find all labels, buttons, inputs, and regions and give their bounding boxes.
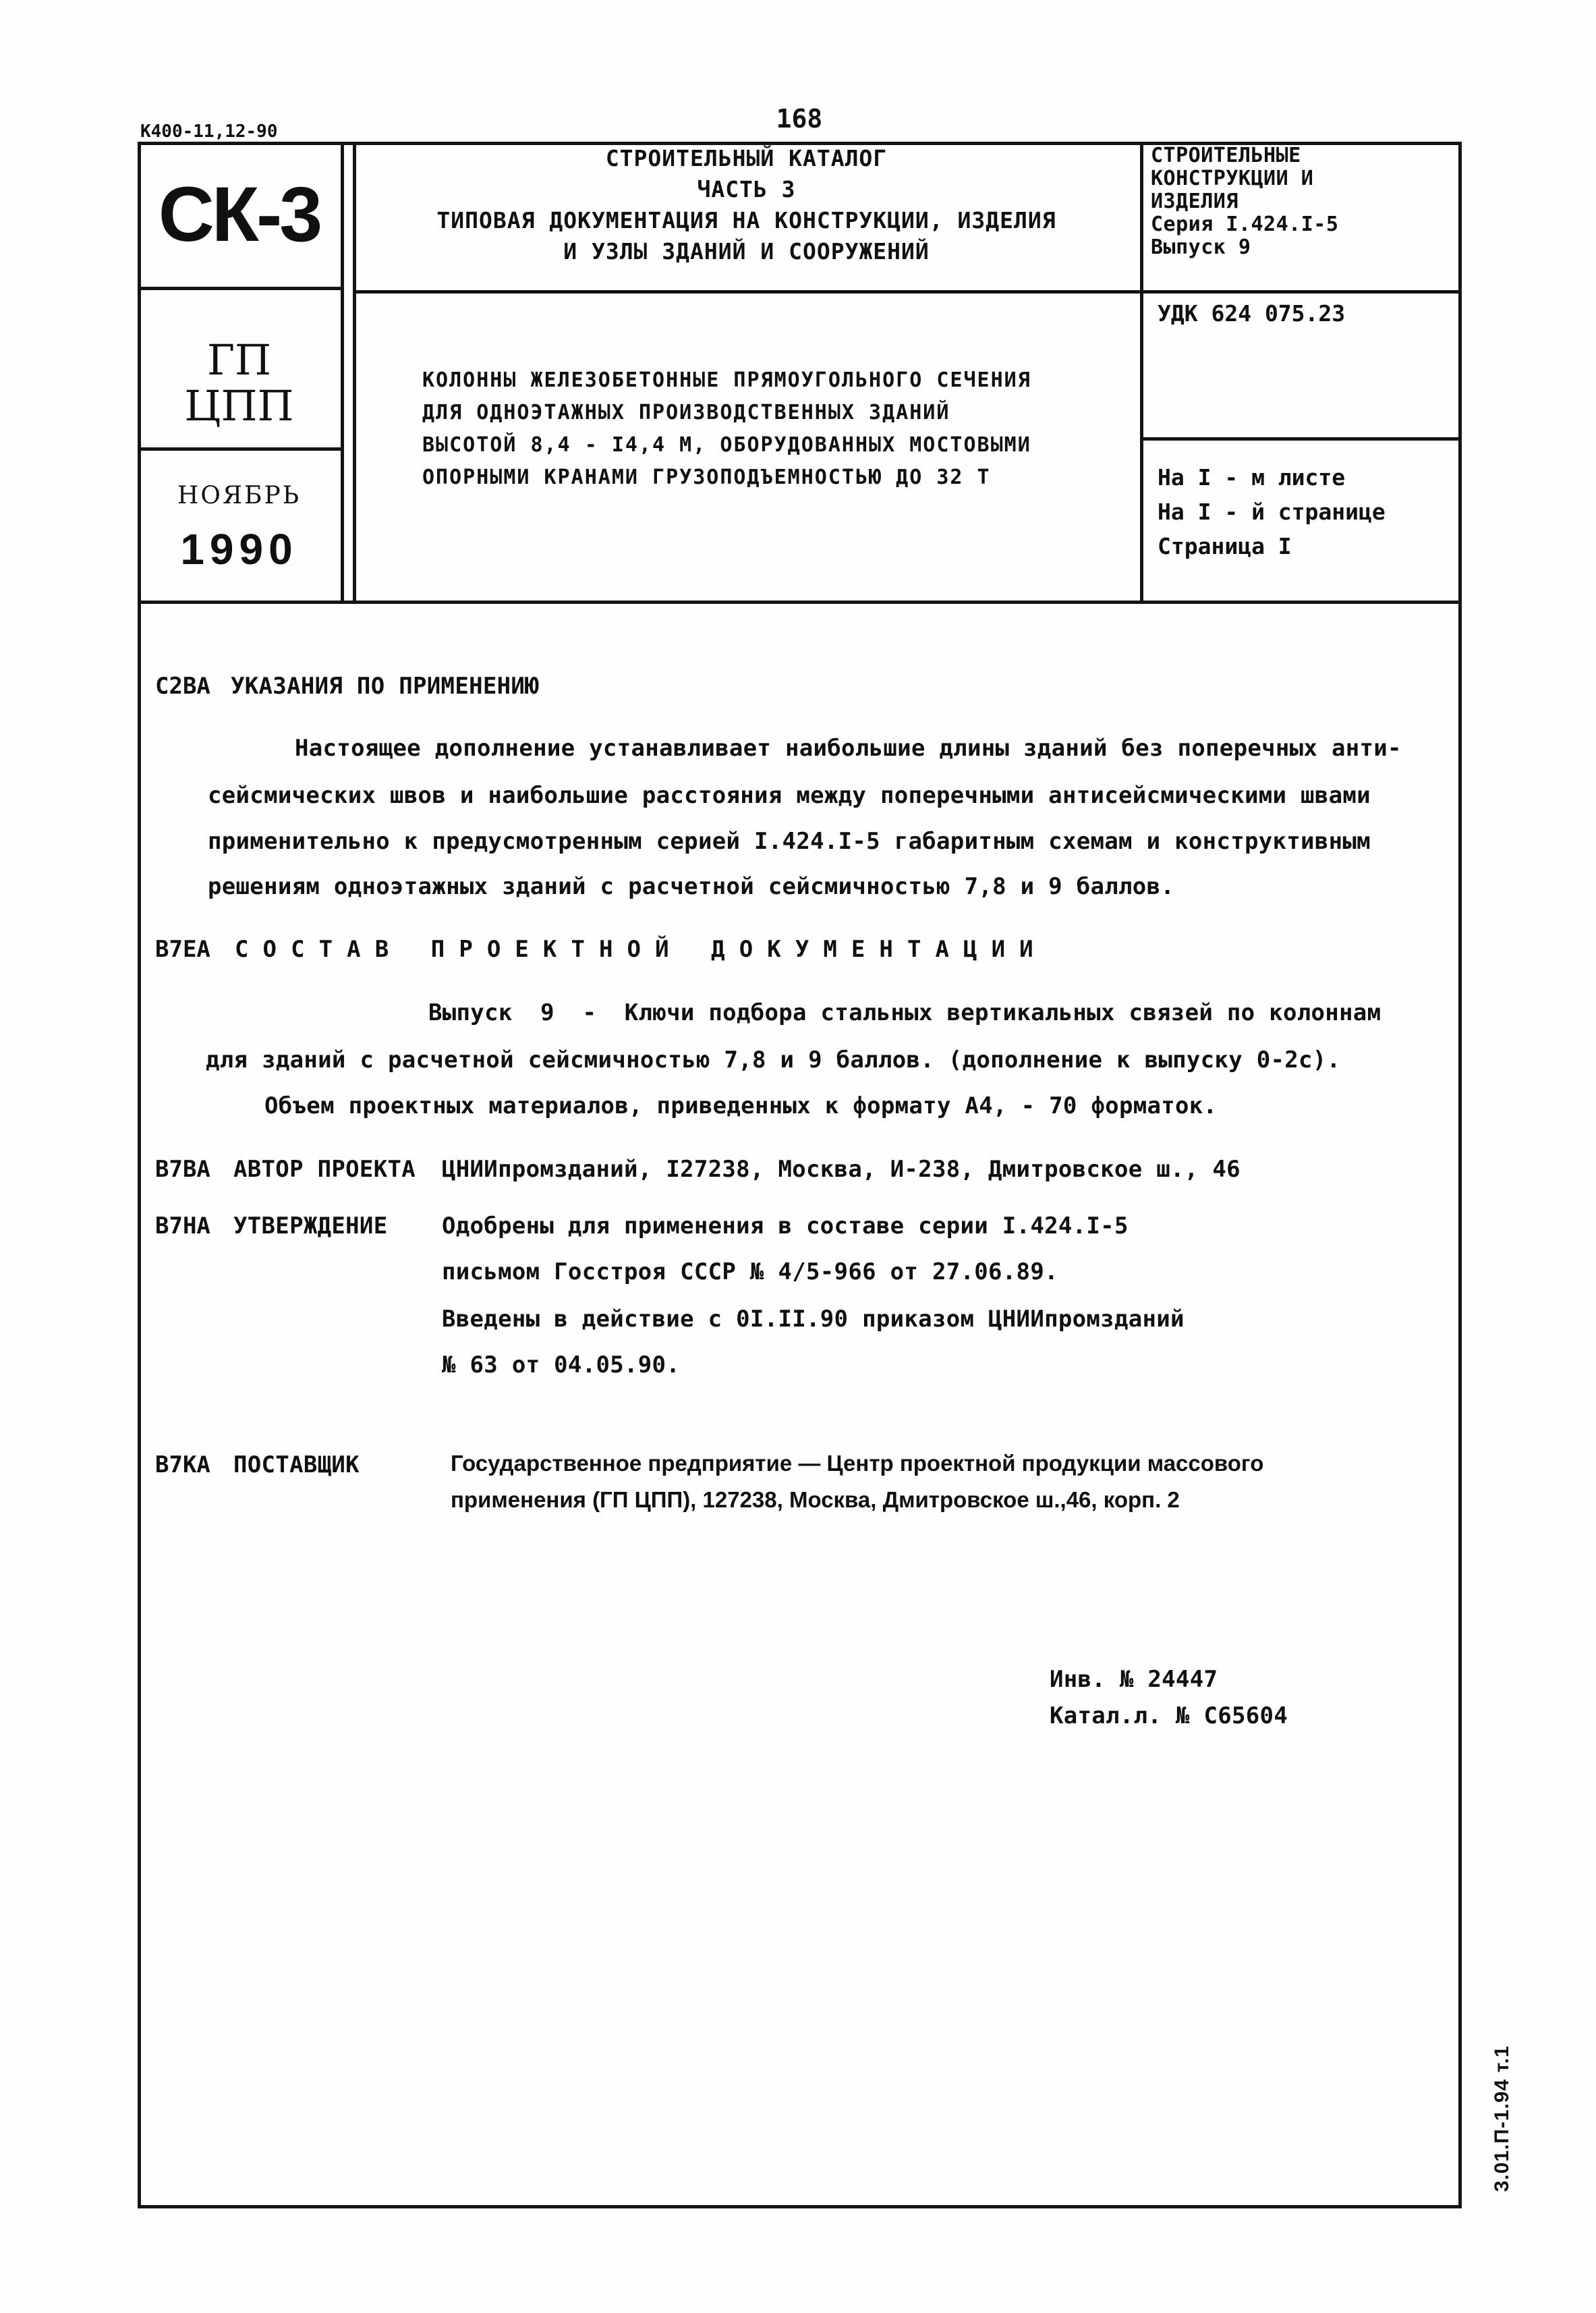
section-code-composition: В7ЕА: [155, 937, 210, 963]
frame-border-bottom: [138, 2205, 1462, 2208]
supplier-line1: Государственное предприятие — Центр прое…: [451, 1451, 1263, 1476]
section-label-author: АВТОР ПРОЕКТА: [233, 1156, 416, 1183]
left-cell-divider-2: [138, 447, 341, 451]
inventory-number: Инв. № 24447: [1050, 1667, 1218, 1693]
frame-border-left: [138, 142, 141, 2208]
document-title-line2: ДЛЯ ОДНОЭТАЖНЫХ ПРОИЗВОДСТВЕННЫХ ЗДАНИЙ: [422, 397, 950, 429]
catalog-title-line2: ЧАСТЬ 3: [353, 177, 1140, 202]
section-label-approval: УТВЕРЖДЕНИЕ: [233, 1213, 387, 1239]
catalog-sheet-number: Катал.л. № С65604: [1050, 1703, 1288, 1729]
paragraph1-line1: Настоящее дополнение устанавливает наибо…: [295, 735, 1402, 762]
sheet-info-line1: На I - м листе: [1158, 460, 1345, 495]
header-divider-right-column: [1140, 142, 1143, 604]
header-border-bottom: [138, 601, 1462, 604]
approval-line3: Введены в действие с 0I.II.90 приказом Ц…: [442, 1306, 1185, 1333]
scanned-document-page: К400-11,12-90 168 СК-3 ГП ЦПП НОЯБРЬ 199…: [0, 0, 1596, 2313]
vertical-classification-code: 3.01.П-1.94 т.1: [1491, 2011, 1520, 2227]
author-value: ЦНИИпромзданий, I27238, Москва, И-238, Д…: [442, 1156, 1241, 1183]
series-number: Серия I.424.I-5: [1151, 213, 1338, 236]
catalog-title-line4: И УЗЛЫ ЗДАНИЙ И СООРУЖЕНИЙ: [353, 239, 1140, 264]
document-code-top-left: К400-11,12-90: [140, 122, 278, 142]
header-divider-left-column-1: [341, 142, 344, 604]
udk-cell-divider: [1140, 437, 1458, 441]
paragraph1-line4: решениям одноэтажных зданий с расчетной …: [208, 874, 1174, 900]
sheet-info-line2: На I - й странице: [1158, 495, 1386, 529]
approval-line4: № 63 от 04.05.90.: [442, 1352, 680, 1378]
org-abbrev-line2: ЦПП: [138, 382, 341, 430]
section-code-author: В7ВА: [155, 1156, 210, 1183]
issue-number: Выпуск 9: [1151, 236, 1251, 259]
section-code-supplier: В7КА: [155, 1452, 210, 1478]
catalog-title-line1: СТРОИТЕЛЬНЫЙ КАТАЛОГ: [353, 146, 1140, 171]
rubric-line1: СТРОИТЕЛЬНЫЕ: [1151, 144, 1301, 167]
frame-border-right: [1458, 142, 1462, 2208]
issue-year: 1990: [138, 525, 341, 575]
sheet-info-line3: Страница I: [1158, 529, 1292, 563]
paragraph2-line3: Объем проектных материалов, приведенных …: [264, 1093, 1217, 1119]
paragraph2-line2: для зданий с расчетной сейсмичностью 7,8…: [206, 1047, 1340, 1074]
catalog-code-sk3: СК-3: [138, 170, 341, 259]
section-code-approval: В7НА: [155, 1213, 210, 1239]
page-number: 168: [762, 105, 836, 134]
document-title-line3: ВЫСОТОЙ 8,4 - I4,4 М, ОБОРУДОВАННЫХ МОСТ…: [422, 429, 1031, 462]
section-label-supplier: ПОСТАВЩИК: [233, 1452, 360, 1478]
issue-month: НОЯБРЬ: [138, 482, 341, 509]
document-title-line4: ОПОРНЫМИ КРАНАМИ ГРУЗОПОДЪЕМНОСТЬЮ ДО 32…: [422, 462, 991, 494]
supplier-line2: применения (ГП ЦПП), 127238, Москва, Дми…: [451, 1487, 1180, 1513]
paragraph1-line3: применительно к предусмотренным серией I…: [208, 829, 1371, 855]
rubric-line3: ИЗДЕЛИЯ: [1151, 190, 1238, 213]
udk-code: УДК 624 075.23: [1158, 301, 1345, 327]
header-middle-divider: [353, 290, 1458, 294]
section-code-usage: С2ВА: [155, 673, 210, 700]
approval-line1: Одобрены для применения в составе серии …: [442, 1213, 1129, 1239]
section-title-composition: С О С Т А В П Р О Е К Т Н О Й Д О К У М …: [235, 937, 1033, 963]
approval-line2: письмом Госстроя СССР № 4/5-966 от 27.06…: [442, 1259, 1058, 1285]
paragraph1-line2: сейсмических швов и наибольшие расстояни…: [208, 783, 1371, 809]
org-abbrev-line1: ГП: [138, 336, 341, 384]
paragraph2-line1: Выпуск 9 - Ключи подбора стальных вертик…: [428, 1000, 1381, 1026]
catalog-title-line3: ТИПОВАЯ ДОКУМЕНТАЦИЯ НА КОНСТРУКЦИИ, ИЗД…: [353, 208, 1140, 233]
rubric-line2: КОНСТРУКЦИИ И: [1151, 167, 1313, 190]
document-title-line1: КОЛОННЫ ЖЕЛЕЗОБЕТОННЫЕ ПРЯМОУГОЛЬНОГО СЕ…: [422, 364, 1031, 397]
left-cell-divider-1: [138, 287, 341, 290]
section-title-usage: УКАЗАНИЯ ПО ПРИМЕНЕНИЮ: [231, 673, 539, 700]
